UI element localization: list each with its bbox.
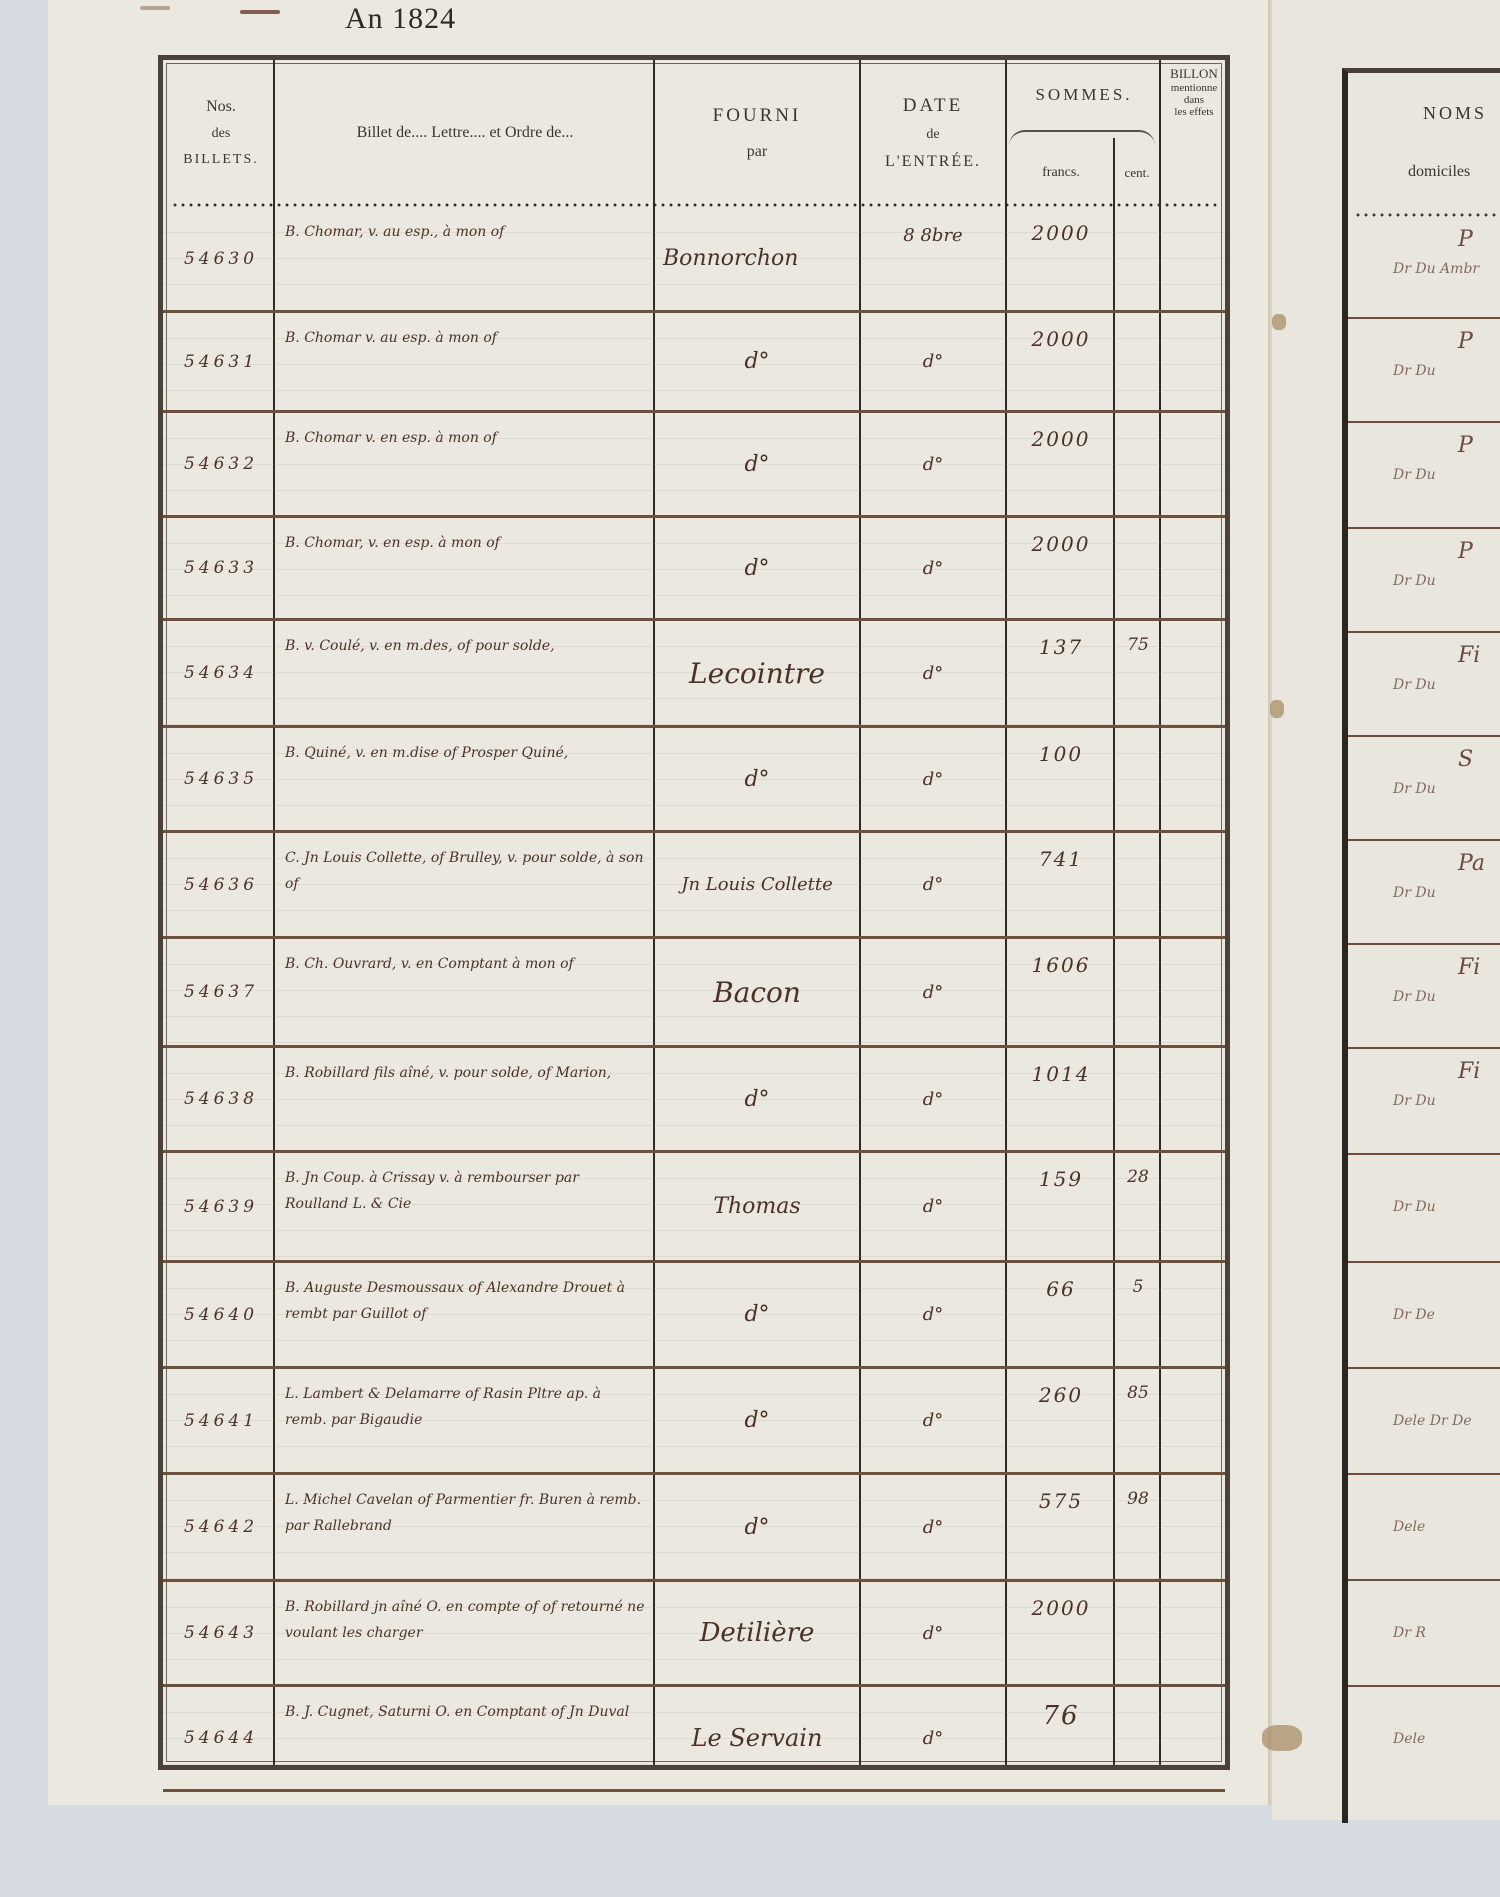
table-row: 54634 B. v. Coulé, v. en m.des, of pour … — [163, 621, 1225, 728]
right-row: FiDr Du — [1348, 633, 1500, 737]
billet-number: 54632 — [169, 413, 273, 515]
amount-francs: 1606 — [1009, 939, 1113, 1045]
amount-cents: 98 — [1119, 1475, 1157, 1579]
billet-number: 54634 — [169, 621, 273, 725]
right-row: Dr R — [1348, 1581, 1500, 1687]
right-row-domicile: Dr Du — [1393, 573, 1436, 589]
fourni-par: Bacon — [657, 939, 857, 1045]
billet-description: B. Robillard fils aîné, v. pour solde, o… — [279, 1048, 651, 1150]
amount-cents: 85 — [1119, 1369, 1157, 1472]
header-francs: francs. — [1009, 145, 1113, 200]
billet-number: 54638 — [169, 1048, 273, 1150]
entry-date: d° — [863, 313, 1003, 410]
fourni-par: Jn Louis Collette — [657, 833, 857, 936]
fourni-par: d° — [657, 518, 857, 618]
amount-cents — [1119, 728, 1157, 830]
billet-description: B. Chomar, v. au esp., à mon of — [279, 207, 651, 310]
right-row-domicile: Dele Dr De — [1393, 1413, 1472, 1429]
right-row-domicile: Dr Du Ambr — [1393, 261, 1479, 277]
fourni-par: Thomas — [657, 1153, 857, 1260]
billet-description: B. Quiné, v. en m.dise of Prosper Quiné, — [279, 728, 651, 830]
header-date-line3: L'ENTRÉE. — [885, 153, 981, 171]
billet-description: B. Chomar, v. en esp. à mon of — [279, 518, 651, 618]
amount-francs: 260 — [1009, 1369, 1113, 1472]
amount-francs: 76 — [1009, 1687, 1113, 1789]
sommes-brace — [1009, 130, 1155, 146]
right-row-name: Pa — [1458, 851, 1485, 876]
amount-cents — [1119, 518, 1157, 618]
fourni-par: d° — [657, 313, 857, 410]
billet-number: 54640 — [169, 1263, 273, 1366]
entry-date: d° — [863, 728, 1003, 830]
header-sommes-label: SOMMES. — [1035, 85, 1132, 105]
amount-cents — [1119, 1687, 1157, 1789]
paper-tear — [1272, 314, 1286, 330]
billet-number: 54636 — [169, 833, 273, 936]
pen-mark — [240, 10, 280, 14]
table-row: 54631 B. Chomar v. au esp. à mon of d° d… — [163, 313, 1225, 413]
amount-francs: 159 — [1009, 1153, 1113, 1260]
amount-francs: 1014 — [1009, 1048, 1113, 1150]
fourni-par: Le Servain — [657, 1687, 857, 1789]
header-date: DATE de L'ENTRÉE. — [863, 60, 1003, 205]
table-row: 54641 L. Lambert & Delamarre of Rasin Pl… — [163, 1369, 1225, 1475]
billet-description: B. Chomar v. au esp. à mon of — [279, 313, 651, 410]
paper-tear — [1270, 700, 1284, 718]
right-row-domicile: Dr Du — [1393, 885, 1436, 901]
header-numero-line2: des — [212, 126, 231, 142]
amount-francs: 2000 — [1009, 518, 1113, 618]
entry-date: d° — [863, 1582, 1003, 1684]
billet-number: 54639 — [169, 1153, 273, 1260]
amount-cents — [1119, 207, 1157, 310]
entry-date: 8 8bre — [863, 207, 1003, 310]
header-date-line2: de — [926, 127, 939, 143]
amount-cents — [1119, 413, 1157, 515]
right-row: Dr De — [1348, 1263, 1500, 1369]
right-row: Dele — [1348, 1687, 1500, 1791]
header-noms: NOMS — [1423, 103, 1487, 124]
amount-francs: 100 — [1009, 728, 1113, 830]
amount-cents — [1119, 833, 1157, 936]
billet-description: B. Auguste Desmoussaux of Alexandre Drou… — [279, 1263, 651, 1366]
right-row-name: S — [1458, 747, 1473, 772]
amount-cents — [1119, 313, 1157, 410]
header-numero-line3: BILLETS. — [183, 152, 259, 168]
amount-cents — [1119, 939, 1157, 1045]
right-row: PaDr Du — [1348, 841, 1500, 945]
table-row: 54639 B. Jn Coup. à Crissay v. à rembour… — [163, 1153, 1225, 1263]
header-date-line1: DATE — [903, 95, 964, 117]
entry-date: d° — [863, 621, 1003, 725]
table-row: 54633 B. Chomar, v. en esp. à mon of d° … — [163, 518, 1225, 621]
billet-description: B. Chomar v. en esp. à mon of — [279, 413, 651, 515]
right-ledger-table: NOMS domiciles PDr Du Ambr PDr Du PDr Du… — [1342, 68, 1500, 1823]
entry-date: d° — [863, 1687, 1003, 1789]
header-domiciles: domiciles — [1408, 163, 1470, 181]
right-row-name: P — [1458, 227, 1473, 252]
amount-cents: 28 — [1119, 1153, 1157, 1260]
amount-francs: 2000 — [1009, 413, 1113, 515]
right-row-domicile: Dele — [1393, 1731, 1425, 1747]
right-row-name: Fi — [1458, 955, 1480, 980]
billet-number: 54643 — [169, 1582, 273, 1684]
header-cent: cent. — [1113, 145, 1161, 200]
table-row: 54640 B. Auguste Desmoussaux of Alexandr… — [163, 1263, 1225, 1369]
right-row-domicile: Dr Du — [1393, 1199, 1436, 1215]
amount-francs: 741 — [1009, 833, 1113, 936]
paper-stain — [1262, 1725, 1302, 1751]
table-row: 54636 C. Jn Louis Collette, of Brulley, … — [163, 833, 1225, 939]
entry-date: d° — [863, 518, 1003, 618]
amount-cents — [1119, 1582, 1157, 1684]
table-row: 54638 B. Robillard fils aîné, v. pour so… — [163, 1048, 1225, 1153]
billet-description: B. Robillard jn aîné O. en compte of of … — [279, 1582, 651, 1684]
fourni-par: Bonnorchon — [657, 207, 863, 310]
header-billon: BILLON mentionne dans les effets — [1163, 60, 1225, 211]
billet-number: 54642 — [169, 1475, 273, 1579]
billet-number: 54631 — [169, 313, 273, 410]
fourni-par: d° — [657, 1369, 857, 1472]
amount-francs: 2000 — [1009, 313, 1113, 410]
right-row-domicile: Dr Du — [1393, 1093, 1436, 1109]
right-row: FiDr Du — [1348, 1049, 1500, 1155]
right-header: NOMS domiciles — [1348, 73, 1500, 203]
right-row: Dele — [1348, 1475, 1500, 1581]
right-row: Dele Dr De — [1348, 1369, 1500, 1475]
header-billon-line2: mentionne — [1171, 82, 1217, 94]
table-row: 54643 B. Robillard jn aîné O. en compte … — [163, 1582, 1225, 1687]
entry-date: d° — [863, 833, 1003, 936]
header-numero: Nos. des BILLETS. — [169, 60, 273, 205]
right-row-name: P — [1458, 329, 1473, 354]
right-row-domicile: Dr De — [1393, 1307, 1435, 1323]
billet-description: B. Jn Coup. à Crissay v. à rembourser pa… — [279, 1153, 651, 1260]
right-row-domicile: Dr Du — [1393, 467, 1436, 483]
table-row: 54630 B. Chomar, v. au esp., à mon of Bo… — [163, 207, 1225, 313]
right-row: PDr Du — [1348, 529, 1500, 633]
fourni-par: d° — [657, 1263, 857, 1366]
entry-date: d° — [863, 1153, 1003, 1260]
billet-number: 54637 — [169, 939, 273, 1045]
table-row: 54632 B. Chomar v. en esp. à mon of d° d… — [163, 413, 1225, 518]
amount-cents: 75 — [1119, 621, 1157, 725]
fourni-par: d° — [657, 1475, 857, 1579]
header-fourni: FOURNI par — [657, 60, 857, 205]
amount-francs: 66 — [1009, 1263, 1113, 1366]
billet-description: B. J. Cugnet, Saturni O. en Comptant of … — [279, 1687, 651, 1789]
billet-description: B. v. Coulé, v. en m.des, of pour solde, — [279, 621, 651, 725]
billet-number: 54633 — [169, 518, 273, 618]
amount-francs: 137 — [1009, 621, 1113, 725]
amount-francs: 575 — [1009, 1475, 1113, 1579]
fourni-par: d° — [657, 728, 857, 830]
entry-date: d° — [863, 1263, 1003, 1366]
table-row: 54637 B. Ch. Ouvrard, v. en Comptant à m… — [163, 939, 1225, 1048]
header-francs-label: francs. — [1042, 165, 1080, 181]
amount-francs: 2000 — [1009, 207, 1113, 310]
billet-description: L. Michel Cavelan of Parmentier fr. Bure… — [279, 1475, 651, 1579]
header-sommes: SOMMES. — [1009, 60, 1159, 130]
right-row: FiDr Du — [1348, 945, 1500, 1049]
header-billet: Billet de.... Lettre.... et Ordre de... — [279, 60, 651, 205]
year-heading: An 1824 — [345, 2, 456, 36]
header-billon-line1: BILLON — [1170, 66, 1218, 82]
fourni-par: d° — [657, 413, 857, 515]
billet-description: C. Jn Louis Collette, of Brulley, v. pou… — [279, 833, 651, 936]
right-row: PDr Du — [1348, 423, 1500, 529]
header-fourni-line2: par — [747, 143, 767, 161]
billet-number: 54635 — [169, 728, 273, 830]
header-cent-label: cent. — [1125, 165, 1150, 181]
pen-mark — [140, 6, 170, 10]
amount-francs: 2000 — [1009, 1582, 1113, 1684]
fourni-par: Lecointre — [657, 621, 857, 725]
billet-number: 54630 — [169, 207, 273, 310]
right-row-name: P — [1458, 433, 1473, 458]
billet-description: L. Lambert & Delamarre of Rasin Pltre ap… — [279, 1369, 651, 1472]
amount-cents — [1119, 1048, 1157, 1150]
table-row: 54635 B. Quiné, v. en m.dise of Prosper … — [163, 728, 1225, 833]
right-row: PDr Du Ambr — [1348, 217, 1500, 319]
right-row-domicile: Dr Du — [1393, 781, 1436, 797]
table-row: 54642 L. Michel Cavelan of Parmentier fr… — [163, 1475, 1225, 1582]
fourni-par: Detilière — [657, 1582, 857, 1684]
header-billon-line3: dans — [1184, 94, 1204, 106]
billet-description: B. Ch. Ouvrard, v. en Comptant à mon of — [279, 939, 651, 1045]
header-numero-line1: Nos. — [206, 98, 236, 116]
right-row-domicile: Dr Du — [1393, 363, 1436, 379]
header-billet-label: Billet de.... Lettre.... et Ordre de... — [357, 124, 574, 142]
header-fourni-line1: FOURNI — [713, 105, 802, 127]
table-row: 54644 B. J. Cugnet, Saturni O. en Compta… — [163, 1687, 1225, 1792]
entry-date: d° — [863, 413, 1003, 515]
entry-date: d° — [863, 1048, 1003, 1150]
ledger-table: Nos. des BILLETS. Billet de.... Lettre..… — [158, 55, 1230, 1770]
billet-number: 54644 — [169, 1687, 273, 1789]
right-row-domicile: Dr R — [1393, 1625, 1426, 1641]
right-row-name: Fi — [1458, 643, 1480, 668]
right-row-domicile: Dele — [1393, 1519, 1425, 1535]
entry-date: d° — [863, 1475, 1003, 1579]
right-row-name: P — [1458, 539, 1473, 564]
right-row-domicile: Dr Du — [1393, 677, 1436, 693]
right-row: SDr Du — [1348, 737, 1500, 841]
billet-number: 54641 — [169, 1369, 273, 1472]
entry-date: d° — [863, 1369, 1003, 1472]
right-row-name: Fi — [1458, 1059, 1480, 1084]
right-row-domicile: Dr Du — [1393, 989, 1436, 1005]
fourni-par: d° — [657, 1048, 857, 1150]
amount-cents: 5 — [1119, 1263, 1157, 1366]
header-billon-line4: les effets — [1174, 106, 1213, 118]
right-row: Dr Du — [1348, 1155, 1500, 1263]
right-row: PDr Du — [1348, 319, 1500, 423]
entry-date: d° — [863, 939, 1003, 1045]
